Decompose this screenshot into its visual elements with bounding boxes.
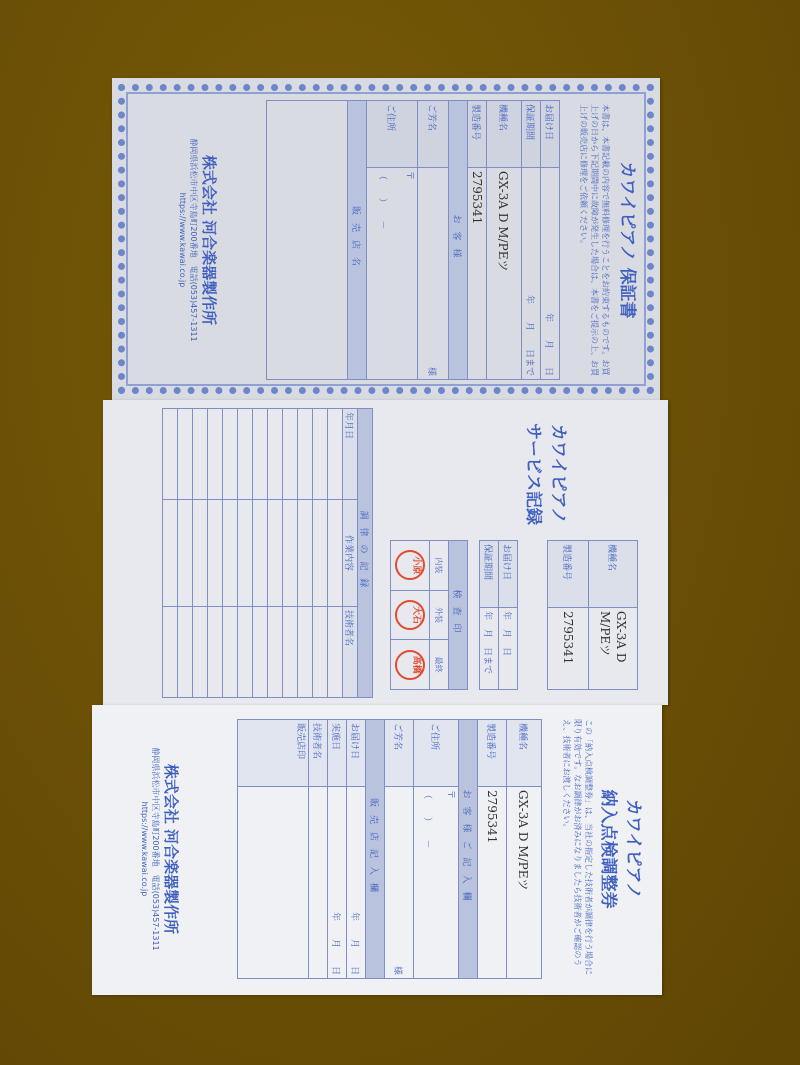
inspection-stamp: 高橋 bbox=[395, 650, 425, 680]
warranty-notice: 本書は、本書記載の内容で無料修理を行うことをお約束するものです。お買上げの日から… bbox=[578, 100, 611, 380]
table-row: 製造番号2795341 bbox=[478, 720, 507, 979]
delivery-date-label: お届け日 bbox=[499, 541, 518, 608]
log-header-work: 作業内容 bbox=[343, 500, 358, 607]
tuning-log-band: 調律の記録 bbox=[358, 409, 373, 698]
log-header-technician: 技術者名 bbox=[343, 606, 358, 697]
serial-label: 製造番号 bbox=[478, 720, 507, 787]
address-field[interactable]: 〒（ ） － bbox=[367, 168, 418, 380]
warranty-title: カワイピアノ 保証書 bbox=[617, 100, 642, 380]
table-row: 製造番号2795341 bbox=[548, 541, 589, 690]
warranty-content: カワイピアノ 保証書 本書は、本書記載の内容で無料修理を行うことをお約束するもの… bbox=[112, 78, 660, 400]
address-label: ご住所 bbox=[367, 101, 418, 168]
table-row: 機種名GX-3A D M/PEツ bbox=[507, 720, 542, 979]
model-label: 機種名 bbox=[507, 720, 542, 787]
table-row[interactable] bbox=[313, 409, 328, 698]
inspection-band: 検査印 bbox=[449, 541, 468, 690]
model-label: 機種名 bbox=[589, 541, 638, 608]
delivery-date-field[interactable]: 年 月 日 bbox=[541, 168, 560, 380]
table-row[interactable] bbox=[253, 409, 268, 698]
table-row: 技術者名 bbox=[309, 720, 328, 979]
serial-label: 製造番号 bbox=[548, 541, 589, 608]
service-title-line2: サービス記録 bbox=[523, 414, 548, 534]
table-row: お届け日年 月 日 bbox=[347, 720, 366, 979]
delivery-date-label: お届け日 bbox=[541, 101, 560, 168]
table-row: 保証期間年 月 日まで bbox=[480, 541, 499, 690]
service-date-field[interactable]: 年 月 日 bbox=[328, 787, 347, 979]
service-model-serial: 機種名GX-3A D M/PEツ 製造番号2795341 bbox=[547, 540, 638, 690]
table-row: ご芳名様 bbox=[385, 720, 414, 979]
postal-mark: 〒 bbox=[445, 790, 458, 975]
model-value: GX-3A D M/PEツ bbox=[589, 608, 638, 690]
table-row[interactable] bbox=[163, 409, 178, 698]
inspection-col-label: 最終 bbox=[430, 640, 449, 690]
honorific-suffix: 様 bbox=[427, 367, 437, 376]
table-row: お届け日年 月 日 bbox=[499, 541, 518, 690]
phone-field: （ ） － bbox=[422, 790, 435, 975]
customer-band: お客様 bbox=[449, 101, 468, 380]
dealer-band: 販売店名 bbox=[348, 101, 367, 380]
table-row: 保証期間年 月 日まで bbox=[522, 101, 541, 380]
table-row: お届け日年 月 日 bbox=[541, 101, 560, 380]
table-row[interactable] bbox=[328, 409, 343, 698]
inspection-col-label: 外装 bbox=[430, 590, 449, 640]
honorific-suffix: 様 bbox=[393, 966, 403, 975]
log-header-date: 年月日 bbox=[343, 409, 358, 500]
table-row[interactable] bbox=[298, 409, 313, 698]
table-row: 製造番号2795341 bbox=[468, 101, 487, 380]
table-row[interactable] bbox=[178, 409, 193, 698]
dealer-stamp-field[interactable] bbox=[267, 101, 348, 380]
technician-field[interactable] bbox=[309, 787, 328, 979]
customer-band: お客様ご記入欄 bbox=[459, 720, 478, 979]
customer-name-field[interactable]: 様 bbox=[418, 168, 449, 380]
table-row[interactable] bbox=[193, 409, 208, 698]
delivery-date-label: お届け日 bbox=[347, 720, 366, 787]
table-row: 実施日年 月 日 bbox=[328, 720, 347, 979]
dealer-stamp-label: 販売店印 bbox=[238, 720, 309, 787]
technician-label: 技術者名 bbox=[309, 720, 328, 787]
postal-mark: 〒 bbox=[404, 171, 417, 376]
table-row[interactable] bbox=[283, 409, 298, 698]
ticket-title-line2: 納入点検調整券 bbox=[598, 719, 623, 979]
ticket-notice: この「納入点検調整券」は、当社の指定した技術者が調律を行う場合に限り有効です。な… bbox=[561, 719, 594, 979]
serial-value: 2795341 bbox=[548, 608, 589, 690]
service-title-line1: カワイピアノ bbox=[548, 414, 573, 534]
table-row[interactable] bbox=[268, 409, 283, 698]
company-address: 静岡県浜松市中区寺島町200番地 電話(053)457-1311 bbox=[188, 100, 199, 380]
company-address: 静岡県浜松市中区寺島町200番地 電話(053)457-1311 bbox=[150, 719, 161, 979]
warranty-period-label: 保証期間 bbox=[522, 101, 541, 168]
name-label: ご芳名 bbox=[385, 720, 414, 787]
table-row: ご住所〒（ ） － bbox=[367, 101, 418, 380]
company-name: 株式会社 河合楽器製作所 bbox=[199, 100, 220, 380]
service-record: カワイピアノ サービス記録 機種名GX-3A D M/PEツ 製造番号27953… bbox=[103, 400, 668, 705]
customer-name-label: ご芳名 bbox=[418, 101, 449, 168]
service-dates-table: お届け日年 月 日 保証期間年 月 日まで bbox=[479, 540, 518, 690]
delivery-date-field[interactable]: 年 月 日 bbox=[347, 787, 366, 979]
table-row: ご住所〒（ ） － bbox=[414, 720, 459, 979]
inspection-ticket-content: カワイピアノ 納入点検調整券 この「納入点検調整券」は、当社の指定した技術者が調… bbox=[92, 705, 662, 995]
inspection-col-label: 内装 bbox=[430, 541, 449, 591]
inspection-stamp: 小原 bbox=[395, 550, 425, 580]
serial-value: 2795341 bbox=[478, 787, 507, 979]
serial-label: 製造番号 bbox=[468, 101, 487, 168]
dealer-stamp-field[interactable] bbox=[238, 787, 309, 979]
table-row[interactable] bbox=[238, 409, 253, 698]
warranty-period-field[interactable]: 年 月 日まで bbox=[522, 168, 541, 380]
warranty-period-field[interactable]: 年 月 日まで bbox=[480, 608, 499, 690]
delivery-date-field[interactable]: 年 月 日 bbox=[499, 608, 518, 690]
address-field[interactable]: 〒（ ） － bbox=[414, 787, 459, 979]
table-row[interactable] bbox=[208, 409, 223, 698]
table-row: ご芳名様 bbox=[418, 101, 449, 380]
inspection-stamp: 大石 bbox=[395, 600, 425, 630]
service-record-content: カワイピアノ サービス記録 機種名GX-3A D M/PEツ 製造番号27953… bbox=[103, 400, 668, 705]
table-row[interactable] bbox=[223, 409, 238, 698]
serial-value: 2795341 bbox=[468, 168, 487, 380]
ticket-title-line1: カワイピアノ bbox=[623, 719, 648, 979]
dealer-band: 販売店記入欄 bbox=[366, 720, 385, 979]
company-name: 株式会社 河合楽器製作所 bbox=[161, 719, 182, 979]
address-label: ご住所 bbox=[414, 720, 459, 787]
service-date-label: 実施日 bbox=[328, 720, 347, 787]
model-value: GX-3A D M/PEツ bbox=[487, 168, 522, 380]
company-url[interactable]: https://www.kawai.co.jp bbox=[177, 100, 188, 380]
ticket-table: 機種名GX-3A D M/PEツ 製造番号2795341 お客様ご記入欄 ご住所… bbox=[237, 719, 542, 979]
inspection-stamps-table: 検査印 内装 外装 最終 小原 大石 高橋 bbox=[390, 540, 468, 690]
tuning-log-table: 調律の記録 年月日 作業内容 技術者名 bbox=[162, 408, 373, 698]
company-url[interactable]: https://www.kawai.co.jp bbox=[139, 719, 150, 979]
table-row: 機種名GX-3A D M/PEツ bbox=[487, 101, 522, 380]
table-row: 販売店印 bbox=[238, 720, 309, 979]
model-label: 機種名 bbox=[487, 101, 522, 168]
inspection-ticket: カワイピアノ 納入点検調整券 この「納入点検調整券」は、当社の指定した技術者が調… bbox=[92, 705, 662, 995]
name-field[interactable]: 様 bbox=[385, 787, 414, 979]
warranty-table: お届け日年 月 日 保証期間年 月 日まで 機種名GX-3A D M/PEツ 製… bbox=[266, 100, 560, 380]
model-value: GX-3A D M/PEツ bbox=[507, 787, 542, 979]
phone-field: （ ） － bbox=[377, 171, 390, 376]
warranty-certificate: カワイピアノ 保証書 本書は、本書記載の内容で無料修理を行うことをお約束するもの… bbox=[112, 78, 660, 400]
warranty-period-label: 保証期間 bbox=[480, 541, 499, 608]
table-row: 機種名GX-3A D M/PEツ bbox=[589, 541, 638, 690]
